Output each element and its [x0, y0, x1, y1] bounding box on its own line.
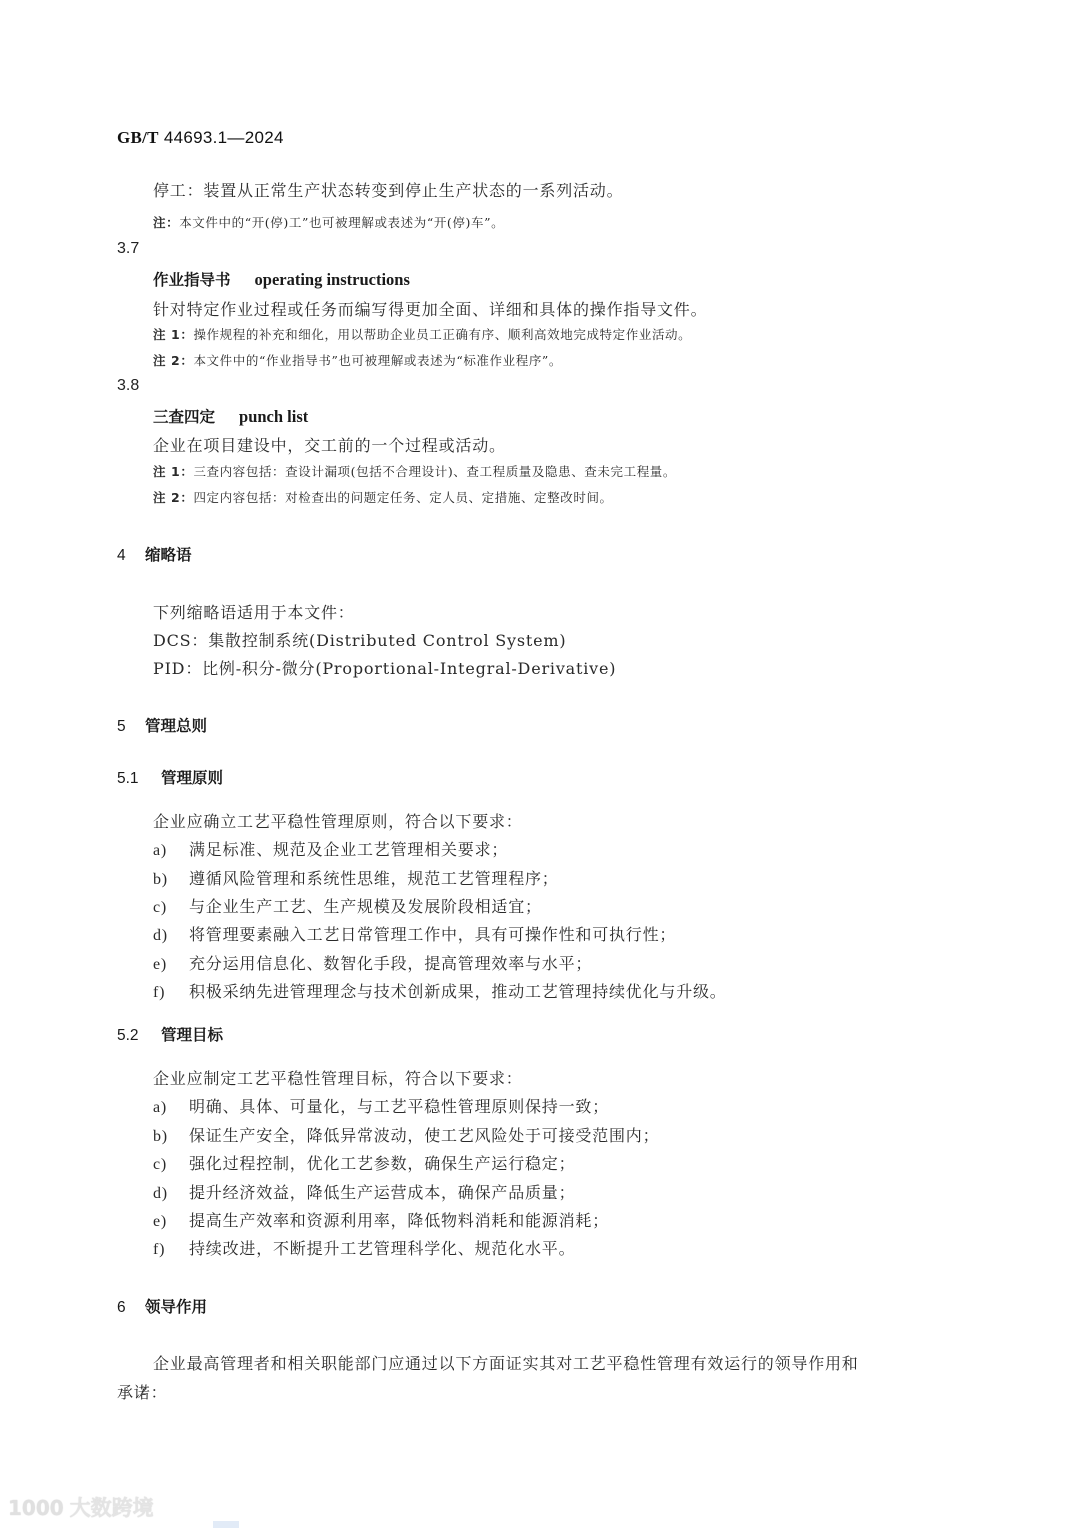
note-shutdown: 注：本文件中的“开(停)工”也可被理解或表述为“开(停)车”。 [153, 213, 504, 231]
note-label: 注 2： [153, 353, 193, 368]
list-item: c)强化过程控制，优化工艺参数，确保生产运行稳定； [153, 1151, 575, 1174]
subsection-number: 5.2 [117, 1027, 161, 1045]
standard-prefix: GB/T [117, 128, 159, 147]
section-number: 5 [117, 718, 145, 736]
list-text: 充分运用信息化、数智化手段，提高管理效率与水平； [189, 954, 592, 973]
list-text: 积极采纳先进管理理念与技术创新成果，推动工艺管理持续优化与升级。 [189, 982, 727, 1001]
term-note: 注 2：四定内容包括：对检查出的问题定任务、定人员、定措施、定整改时间。 [153, 488, 613, 506]
list-marker: b) [153, 871, 189, 889]
note-label: 注： [153, 215, 179, 230]
subsection-heading: 5.2管理目标 [117, 1023, 223, 1045]
list-item: b)遵循风险管理和系统性思维，规范工艺管理程序； [153, 866, 559, 889]
note-text: 四定内容包括：对检查出的问题定任务、定人员、定措施、定整改时间。 [193, 490, 612, 505]
subsection-intro: 企业应确立工艺平稳性管理原则，符合以下要求： [153, 809, 523, 832]
term-note: 注 1：三查内容包括：查设计漏项(包括不合理设计)、查工程质量及隐患、查未完工程… [153, 462, 676, 480]
subsection-title: 管理目标 [161, 1026, 223, 1044]
term-title-cn: 三查四定 [153, 408, 215, 426]
term-title-en: punch list [239, 407, 308, 426]
term-title-cn: 作业指导书 [153, 271, 231, 289]
abbreviation-item: DCS：集散控制系统(Distributed Control System) [153, 628, 566, 651]
list-text: 明确、具体、可量化，与工艺平稳性管理原则保持一致； [189, 1097, 609, 1116]
list-item: e)提高生产效率和资源利用率，降低物料消耗和能源消耗； [153, 1208, 609, 1231]
list-item: a)明确、具体、可量化，与工艺平稳性管理原则保持一致； [153, 1094, 609, 1117]
section-title: 缩略语 [145, 546, 192, 564]
term-title: 作业指导书operating instructions [153, 268, 410, 290]
watermark: 1000大数跨境 [8, 1492, 154, 1522]
page-number: 2 [140, 1383, 147, 1399]
term-note: 注 2：本文件中的“作业指导书”也可被理解或表述为“标准作业程序”。 [153, 351, 562, 369]
list-item: a)满足标准、规范及企业工艺管理相关要求； [153, 837, 508, 860]
list-marker: d) [153, 1185, 189, 1203]
list-text: 与企业生产工艺、生产规模及发展阶段相适宜； [189, 897, 542, 916]
list-marker: e) [153, 1213, 189, 1231]
note-text: 三查内容包括：查设计漏项(包括不合理设计)、查工程质量及隐患、查未完工程量。 [193, 464, 676, 479]
section-heading: 6领导作用 [117, 1295, 207, 1317]
list-item: e)充分运用信息化、数智化手段，提高管理效率与水平； [153, 951, 592, 974]
term-definition: 针对特定作业过程或任务而编写得更加全面、详细和具体的操作指导文件。 [153, 297, 707, 320]
subsection-intro: 企业应制定工艺平稳性管理目标，符合以下要求： [153, 1066, 523, 1089]
term-title: 三查四定punch list [153, 405, 308, 427]
term-number: 3.8 [117, 377, 139, 395]
list-item: f)积极采纳先进管理理念与技术创新成果，推动工艺管理持续优化与升级。 [153, 979, 727, 1002]
term-number: 3.7 [117, 240, 139, 258]
list-marker: b) [153, 1128, 189, 1146]
list-text: 将管理要素融入工艺日常管理工作中，具有可操作性和可执行性； [189, 925, 676, 944]
decorative-mark [213, 1521, 239, 1528]
term-definition: 企业在项目建设中，交工前的一个过程或活动。 [153, 433, 506, 456]
note-text: 操作规程的补充和细化，用以帮助企业员工正确有序、顺利高效地完成特定作业活动。 [193, 327, 691, 342]
watermark-logo-icon: 1000 [8, 1496, 64, 1520]
standard-code: GB/T 44693.1—2024 [117, 128, 284, 148]
list-marker: e) [153, 956, 189, 974]
standard-number: 44693.1—2024 [164, 128, 284, 147]
definition-shutdown: 停工：装置从正常生产状态转变到停止生产状态的一系列活动。 [153, 178, 623, 201]
list-item: d)将管理要素融入工艺日常管理工作中，具有可操作性和可执行性； [153, 922, 676, 945]
list-text: 遵循风险管理和系统性思维，规范工艺管理程序； [189, 869, 559, 888]
list-marker: d) [153, 927, 189, 945]
list-marker: a) [153, 842, 189, 860]
list-item: f)持续改进，不断提升工艺管理科学化、规范化水平。 [153, 1236, 575, 1259]
subsection-title: 管理原则 [161, 769, 223, 787]
list-item: d)提升经济效益，降低生产运营成本，确保产品质量； [153, 1180, 575, 1203]
list-text: 提高生产效率和资源利用率，降低物料消耗和能源消耗； [189, 1211, 609, 1230]
section-number: 6 [117, 1299, 145, 1317]
list-marker: c) [153, 899, 189, 917]
note-text: 本文件中的“开(停)工”也可被理解或表述为“开(停)车”。 [179, 215, 504, 230]
list-marker: c) [153, 1156, 189, 1174]
list-text: 保证生产安全，降低异常波动，使工艺风险处于可接受范围内； [189, 1126, 659, 1145]
note-text: 本文件中的“作业指导书”也可被理解或表述为“标准作业程序”。 [193, 353, 562, 368]
section-title: 管理总则 [145, 717, 207, 735]
note-label: 注 1： [153, 464, 193, 479]
note-label: 注 1： [153, 327, 193, 342]
section-heading: 5管理总则 [117, 714, 207, 736]
section-number: 4 [117, 547, 145, 565]
abbreviation-item: PID：比例-积分-微分(Proportional-Integral-Deriv… [153, 656, 616, 679]
section-intro: 下列缩略语适用于本文件： [153, 600, 355, 623]
list-marker: f) [153, 1241, 189, 1259]
note-label: 注 2： [153, 490, 193, 505]
term-note: 注 1：操作规程的补充和细化，用以帮助企业员工正确有序、顺利高效地完成特定作业活… [153, 325, 691, 343]
subsection-heading: 5.1管理原则 [117, 766, 223, 788]
watermark-text: 大数跨境 [70, 1496, 154, 1520]
list-text: 持续改进，不断提升工艺管理科学化、规范化水平。 [189, 1239, 575, 1258]
list-text: 提升经济效益，降低生产运营成本，确保产品质量； [189, 1183, 575, 1202]
section-paragraph-line: 企业最高管理者和相关职能部门应通过以下方面证实其对工艺平稳性管理有效运行的领导作… [153, 1351, 859, 1374]
list-item: c)与企业生产工艺、生产规模及发展阶段相适宜； [153, 894, 542, 917]
list-marker: a) [153, 1099, 189, 1117]
section-title: 领导作用 [145, 1298, 207, 1316]
section-heading: 4缩略语 [117, 543, 192, 565]
list-marker: f) [153, 984, 189, 1002]
list-item: b)保证生产安全，降低异常波动，使工艺风险处于可接受范围内； [153, 1123, 659, 1146]
term-title-en: operating instructions [255, 270, 410, 289]
list-text: 强化过程控制，优化工艺参数，确保生产运行稳定； [189, 1154, 575, 1173]
list-text: 满足标准、规范及企业工艺管理相关要求； [189, 840, 508, 859]
subsection-number: 5.1 [117, 770, 161, 788]
